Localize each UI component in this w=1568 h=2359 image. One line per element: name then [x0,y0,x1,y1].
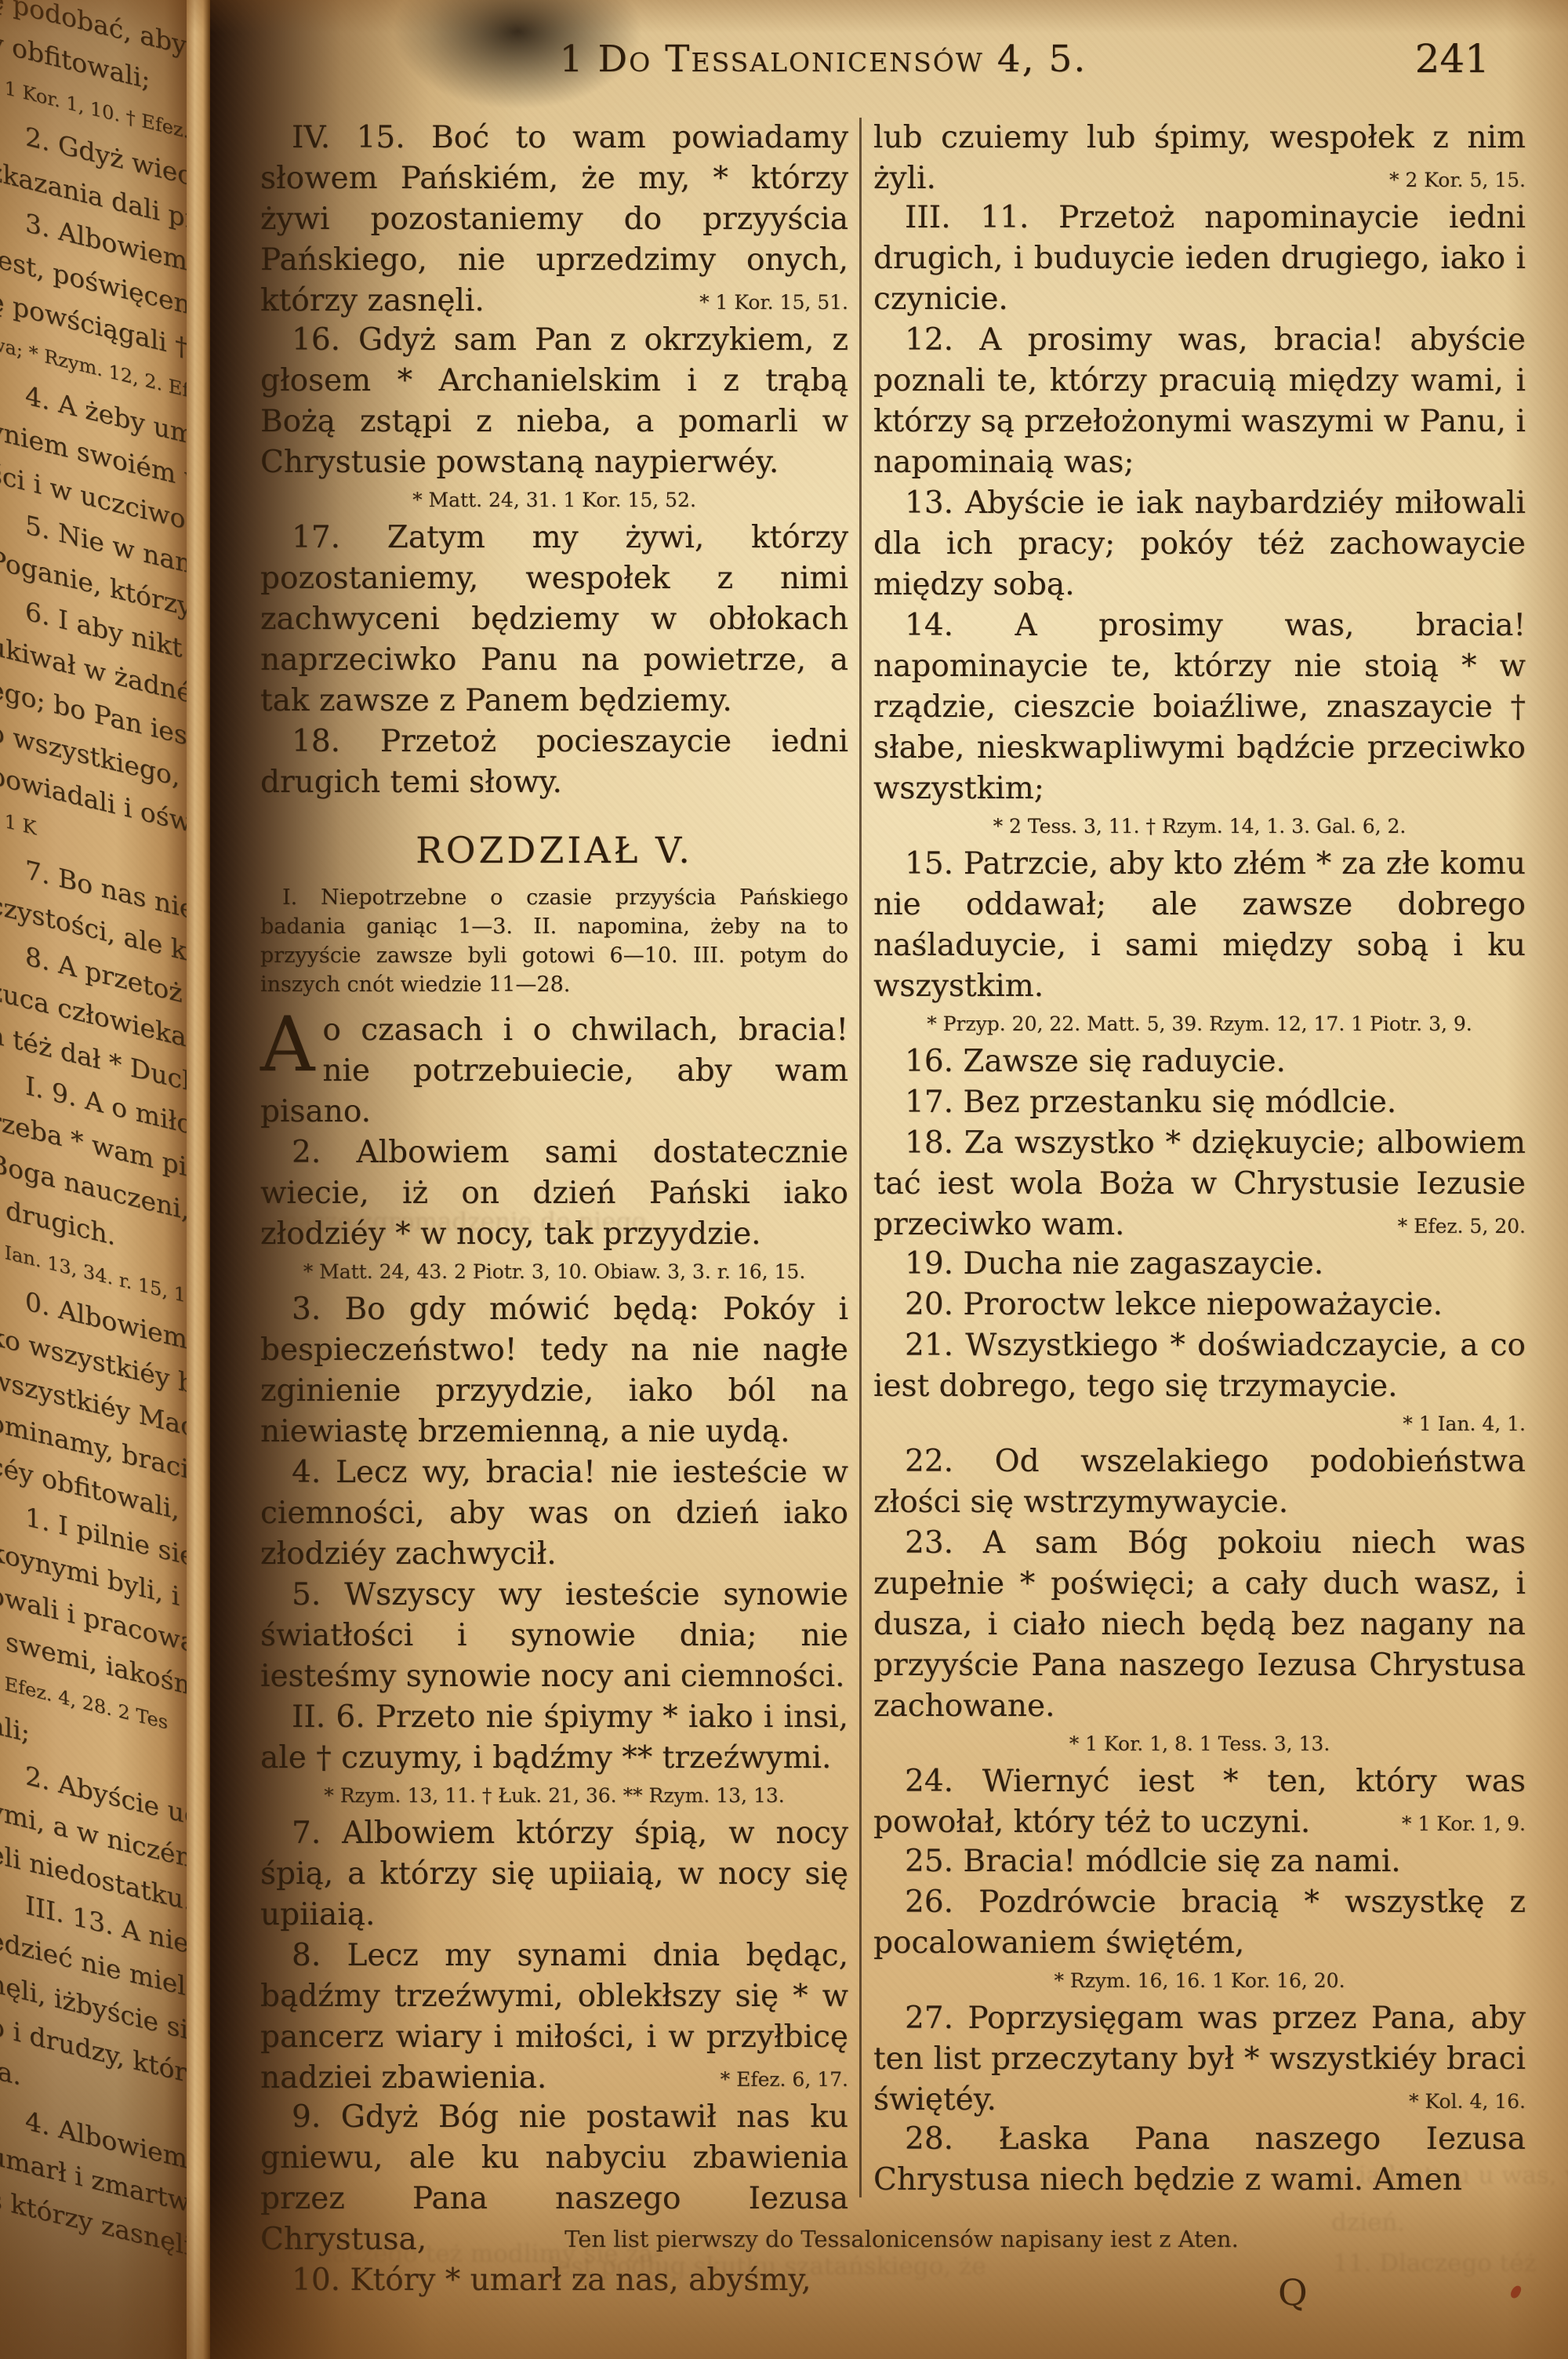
cross-reference: * Matt. 24, 31. 1 Kor. 15, 52. [260,485,848,516]
verse-text: 25. Bracia! módlcie się za nami. [873,1841,1526,1882]
previous-page-line: ści i w uczciwości, [0,451,187,611]
previous-page-line: Boga nauczeni, abyście m [0,1141,187,1301]
previous-page-line: * Ian. 13, 34. r. 15, 12. 1 I [0,1227,187,1387]
verse-text: 16. Gdyż sam Pan z okrzykiem, z głosem *… [260,320,848,483]
cross-reference: * Przyp. 20, 22. Matt. 5, 39. Rzym. 12, … [873,1009,1526,1040]
previous-page-line: umarł i zmartwychwstał, [0,2133,187,2293]
page-edge-highlight [187,0,210,2359]
running-head: 1 Do Tessalonicensów 4, 5. [494,38,1152,81]
previous-page-line: 7. Bo nas nie powołał Bó [0,839,187,999]
cross-reference: * 2 Kor. 5, 15. [873,165,1526,196]
signature-mark: Q [1278,2271,1308,2314]
verse-text: 28. Łaska Pana naszego Iezusa Chrystusa … [873,2119,1526,2201]
verse-text: 17. Zatym my żywi, którzy pozostaniemy, … [260,518,848,722]
previous-page-text: ę podobać, abyście tém y obfitowali; * 1… [0,0,187,2336]
chapter-summary: I. Niepotrzebne o czasie przyyścia Pańsk… [260,883,848,999]
previous-page-line: 8. A przetoż kto to odrzu [0,925,187,1085]
verse-text: 26. Pozdrówcie bracią * wszystkę z pocal… [873,1882,1526,1964]
previous-page-line: 1. I pilnie się starali, ab [0,1486,187,1646]
cross-reference: * Rzym. 13, 11. † Łuk. 21, 36. ** Rzym. … [260,1780,848,1812]
verse-text: 19. Ducha nie zagaszaycie. [873,1244,1526,1285]
book-photo: ę podobać, abyście tém y obfitowali; * 1… [0,0,1568,2359]
previous-page-line: zuca człowieka, ale Boga [0,969,187,1129]
previous-page-line: yniem swoiém władać w św [0,408,187,568]
verse-text: 13. Abyście ie iak naybardziéy miłowali … [873,483,1526,605]
page-number: 241 [1356,36,1490,82]
bleed-through-text: 11. Dlaczego téż [1333,2249,1537,2277]
previous-page-line: y obfitowali; [0,20,187,180]
cross-reference: * Rzym. 16, 16. 1 Kor. 16, 20. [873,1965,1526,1997]
book-page: nasze zgromadzenie do niego, 11. Dlaczeg… [235,0,1568,2359]
previous-page-line: * 1 K [0,796,187,956]
chapter-heading: ROZDZIAŁ V. [260,830,848,871]
previous-page-line: edzieć nie mieli o tych, k [0,1917,187,2077]
previous-page-line: koynymi byli, i rzeczy sw [0,1529,187,1689]
cross-reference: * Matt. 24, 43. 2 Piotr. 3, 10. Obiaw. 3… [260,1256,848,1288]
verse-text: 17. Bez przestanku się módlcie. [873,1082,1526,1123]
previous-page-line: wa; * Rzym. 12, 2. Efez. 5, 17. † Dz [0,322,187,482]
cross-reference: * 2 Tess. 3, 11. † Rzym. 14, 1. 3. Gal. … [873,811,1526,842]
previous-page-line: a téż dał * Ducha swego ś [0,1012,187,1172]
previous-page-line: nęli, iżbyście się nie sm [0,1961,187,2121]
verse-text: II. 6. Przeto nie śpiymy * iako i insi, … [260,1697,848,1779]
verse-text: 5. Wszyscy wy iesteście synowie światłoś… [260,1575,848,1697]
previous-page-line: * Efez. 4, 28. 2 Tes [0,1659,187,1819]
verse-text: 20. Proroctw lekce niepoważaycie. [873,1285,1526,1325]
verse-text: 3. Bo gdy mówić będą: Pokóy i bespieczeń… [260,1289,848,1452]
previous-page-line: wszystkiéy Macedonii; ale [0,1357,187,1517]
previous-page-line: s którzy zasnęli w Iez [0,2176,187,2336]
previous-page-line: 3. Albowiem ta iest wola B [0,192,187,352]
previous-page-line: o wszystkiego, iakośmy wam [0,710,187,870]
previous-page-line: Poganie, którzy nie znaią B [0,537,187,697]
previous-page-line: 4. A żeby umiał każdy z w [0,365,187,525]
verse-text: 4. Lecz wy, bracia! nie iesteście w ciem… [260,1452,848,1575]
drop-cap: A [260,1010,322,1074]
previous-page-line: ali; [0,1702,187,1862]
previous-page-line: ę powściągali † od wszel [0,278,187,438]
previous-page-line: ominamy, bracia! iżbyście [0,1400,187,1560]
previous-page-edge: ę podobać, abyście tém y obfitowali; * 1… [0,0,187,2359]
previous-page-line: powiadali i oświadczali [0,753,187,913]
right-column: lub czuiemy lub śpimy, wespołek z nim ży… [873,118,1526,2201]
previous-page-line: zkazania dali przez Pana Iez [0,149,187,309]
previous-page-line: ko wszystkiéy braci, któr [0,1314,187,1474]
cross-reference: * 1 Kor. 1, 8. 1 Tess. 3, 13. [873,1728,1526,1760]
verse-text: 21. Wszystkiego * doświadczaycie, a co i… [873,1325,1526,1407]
left-column: IV. 15. Boć to wam powiadamy słowem Pańs… [260,118,848,2301]
verse-text: 22. Od wszelakiego podobieństwa złości s… [873,1441,1526,1523]
cross-reference: * 1 Ian. 4, 1. [873,1408,1526,1440]
previous-page-line: ia. [0,2047,187,2207]
previous-page-line: i swemi, iakośmy wam [0,1616,187,1776]
previous-page-line: * 1 Kor. 1, 10. † Efez. 4, 1. r. 5, 8. [0,63,187,223]
previous-page-line: czystości, ale ku poświęce [0,882,187,1042]
previous-page-line: III. 13. A niechcę, bracia! ab [0,1874,187,2034]
verse-text: 14. A prosimy was, bracia! napominaycie … [873,605,1526,809]
previous-page-line: 2. Abyście uczciwie chodzili [0,1745,187,1905]
previous-page-line: i drugich. [0,1184,187,1344]
previous-page-line: céy obfitowali, [0,1443,187,1603]
verse-text: III. 11. Przetoż napominaycie iedni drug… [873,198,1526,320]
verse-text: 23. A sam Bóg pokoiu niech was zupełnie … [873,1523,1526,1727]
colophon-note: Ten list pierwszy do Tessalonicensów nap… [298,2226,1505,2252]
previous-page-line: 4. Albowiem ieźli wierzym [0,2090,187,2250]
previous-page-line: ymi, a w niczém abyście [0,1788,187,1948]
verse-text: 10. Który * umarł za nas, abyśmy, [260,2260,848,2301]
previous-page-line: o i drudzy, którzy nadzie [0,2004,187,2164]
previous-page-line: rzeba * wam pisać; boście w [0,1098,187,1258]
previous-page-line: ukiwał w żadnéy sprawie [0,623,187,783]
previous-page-line: owali i pracowali * własnem [0,1572,187,1732]
column-divider [859,118,862,2197]
verse-text: Ao czasach i o chwilach, bracia! nie pot… [260,1010,848,1132]
previous-page-line: 6. I aby nikt nie uciskał [0,580,187,740]
ink-speck [1509,2284,1523,2299]
verse-text: 12. A prosimy was, bracia! abyście pozna… [873,320,1526,483]
previous-page-line: 0. Albowiem téż to czynic [0,1270,187,1430]
previous-page-line: ę podobać, abyście tém [0,0,187,136]
previous-page-line: 5. Nie w namiętności żądz [0,494,187,654]
previous-page-line: I. 9. A o miłości bratersk [0,1055,187,1215]
previous-page-line: eli niedostatku. [0,1831,187,1991]
verse-text: 2. Albowiem sami dostatecznie wiecie, iż… [260,1132,848,1255]
previous-page-line: 2. Gdyż wiecie, iakieśmy w [0,106,187,266]
verse-text: 16. Zawsze się raduycie. [873,1041,1526,1082]
previous-page-line: ego; bo Pan iest zemśc [0,667,187,827]
verse-text: 18. Przetoż pocieszaycie iedni drugich t… [260,722,848,803]
verse-text: 15. Patrzcie, aby kto złém * za złe komu… [873,844,1526,1007]
verse-text: o czasach i o chwilach, bracia! nie potr… [260,1012,848,1129]
verse-text: 7. Albowiem którzy śpią, w nocy śpią, a … [260,1813,848,1936]
previous-page-line: iest, poświęcenie wasze, żeb [0,235,187,395]
